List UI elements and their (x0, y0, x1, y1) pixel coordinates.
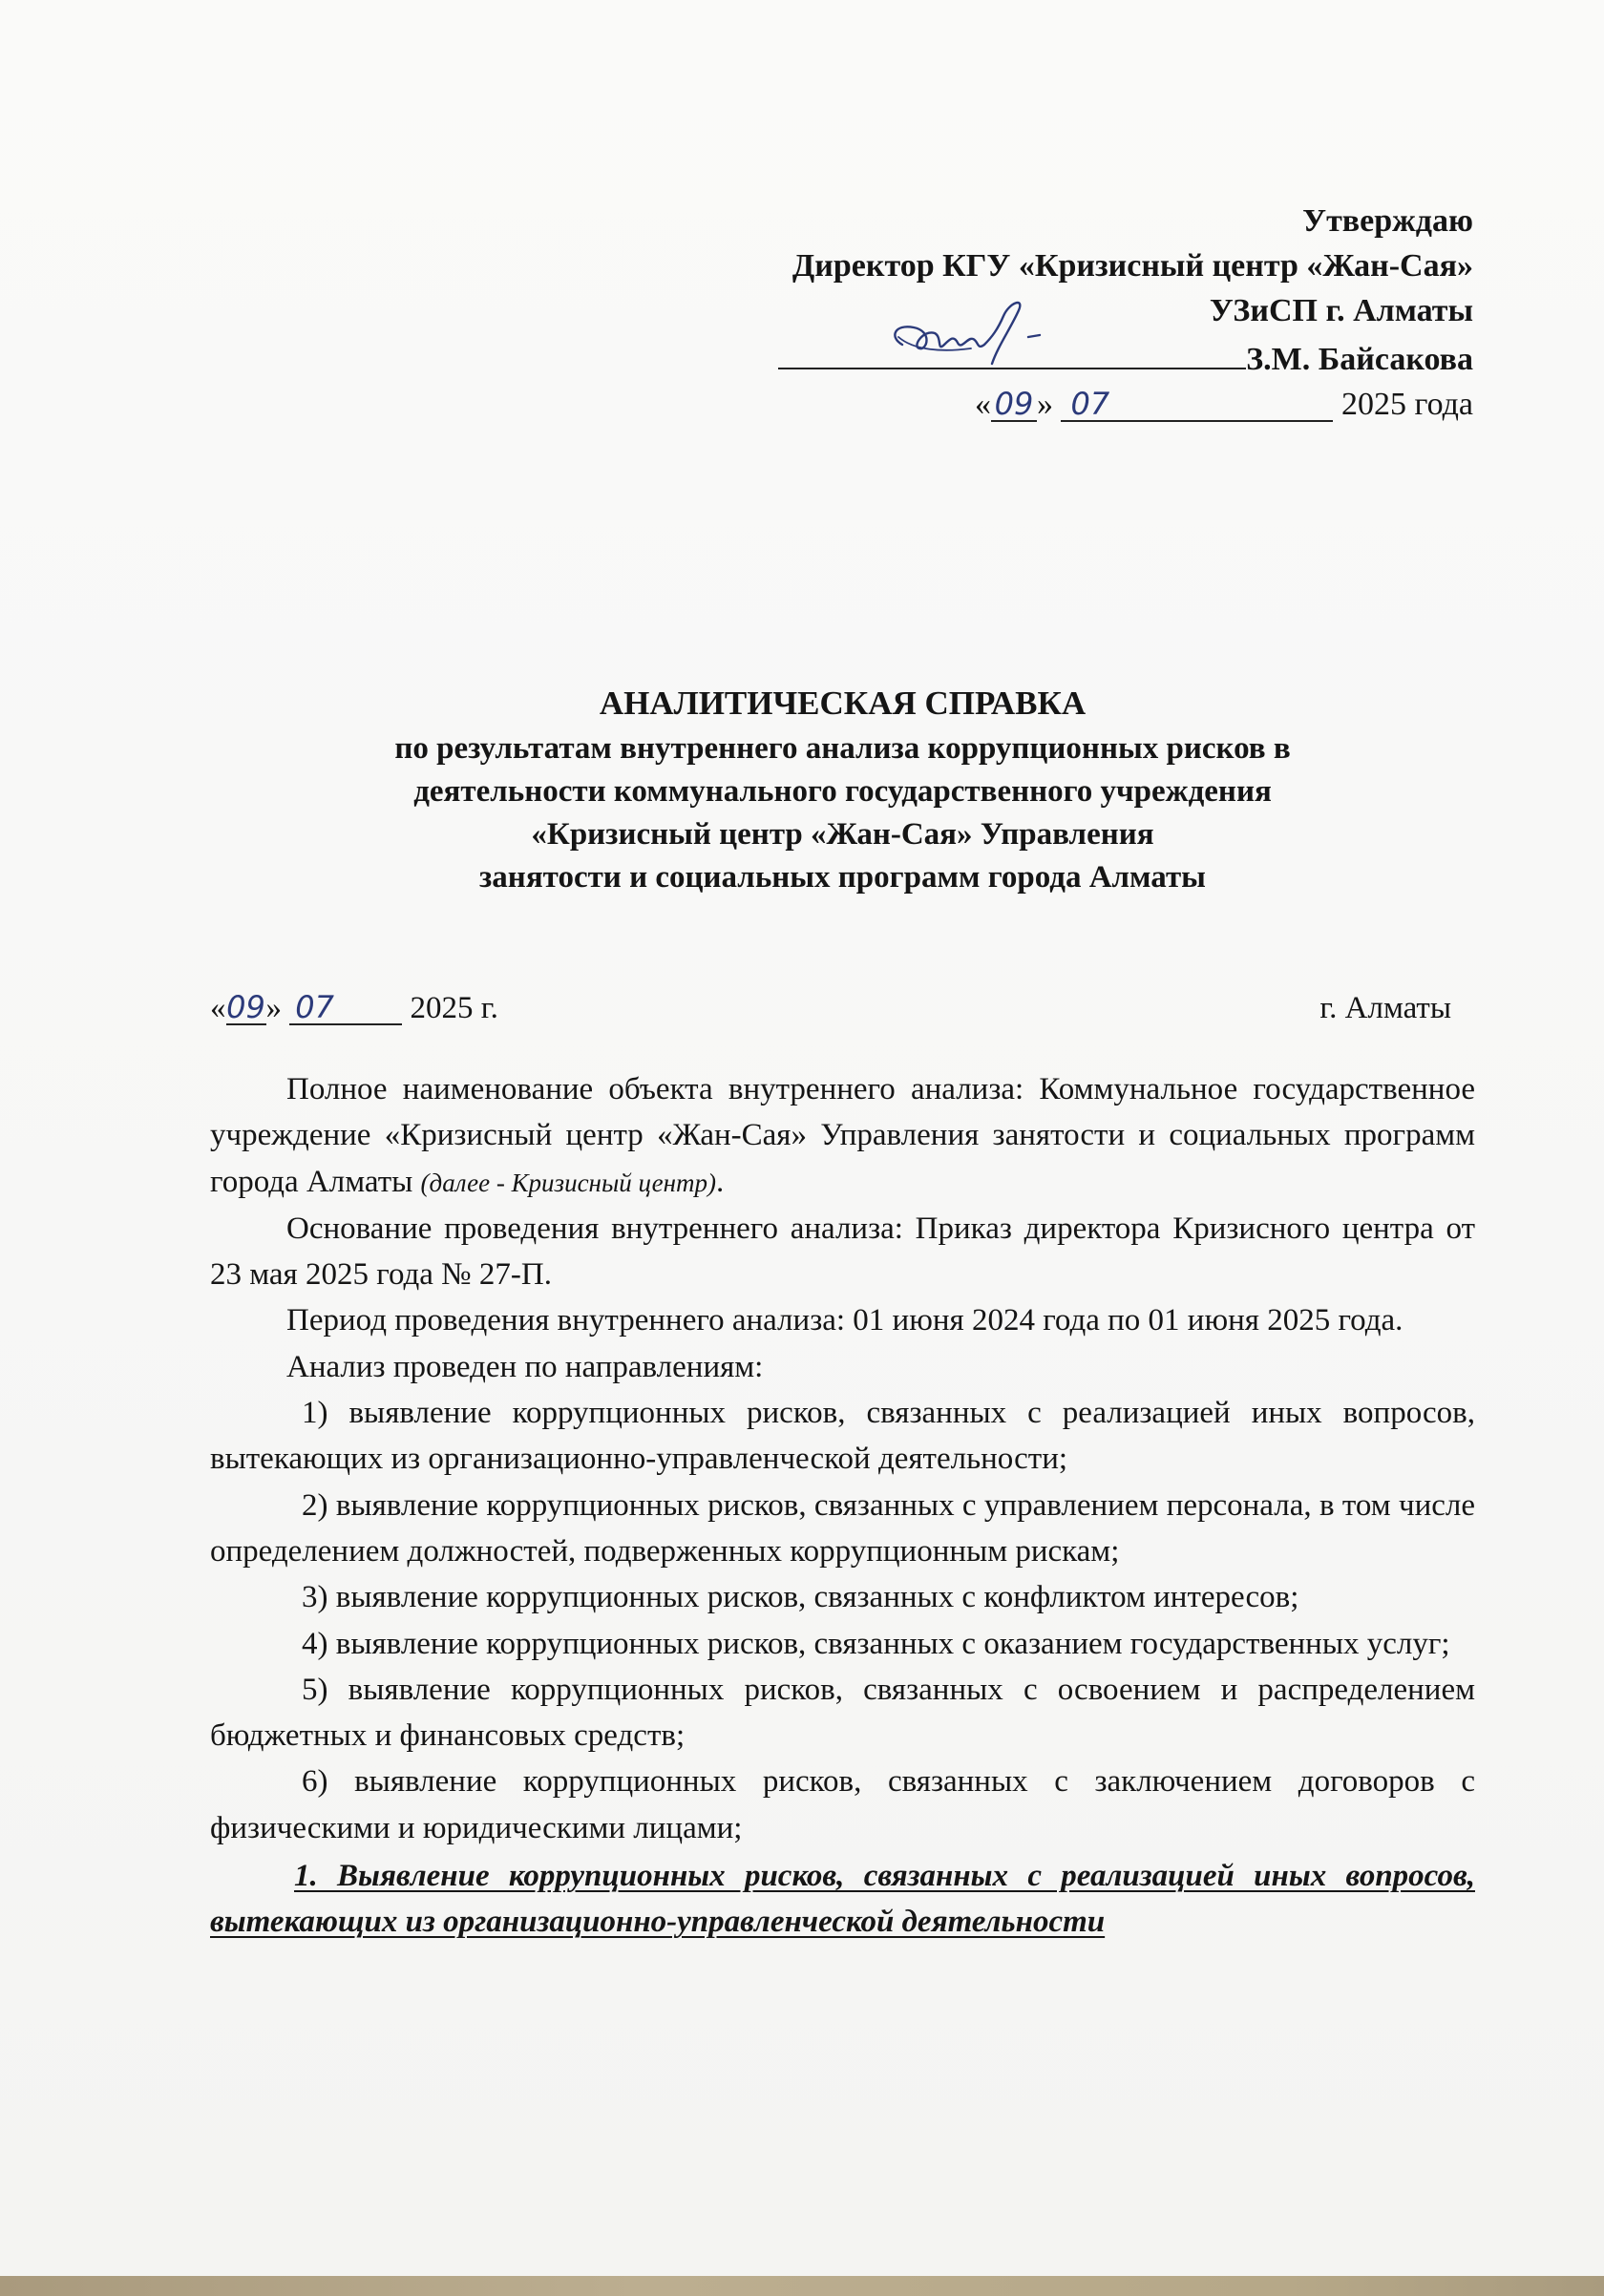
handwritten-signature-icon (885, 295, 1066, 371)
signature-field (778, 333, 1246, 369)
approval-date: «09» 07 2025 года (778, 382, 1473, 427)
title-sub-line: «Кризисный центр «Жан-Сая» Управления (210, 813, 1475, 856)
document-title: АНАЛИТИЧЕСКАЯ СПРАВКА по результатам вну… (210, 680, 1475, 899)
title-sub-line: деятельности коммунального государственн… (210, 770, 1475, 813)
approval-signature-line: З.М. Байсакова (778, 333, 1473, 382)
approval-date-month: 07 (1061, 388, 1333, 422)
basis-paragraph: Основание проведения внутреннего анализа… (210, 1206, 1475, 1298)
object-text: Полное наименование объекта внутреннего … (210, 1072, 1475, 1199)
approval-department: УЗиСП г. Алматы (778, 288, 1473, 333)
approval-block: Утверждаю Директор КГУ «Кризисный центр … (778, 199, 1473, 427)
quote-open: « (210, 991, 226, 1025)
object-paragraph: Полное наименование объекта внутреннего … (210, 1066, 1475, 1206)
title-sub-line: занятости и социальных программ города А… (210, 856, 1475, 899)
document-page: Утверждаю Директор КГУ «Кризисный центр … (0, 0, 1604, 2276)
approval-date-day: 09 (991, 388, 1037, 422)
title-sub-line: по результатам внутреннего анализа корру… (210, 727, 1475, 770)
object-end: . (716, 1165, 724, 1199)
object-abbreviation-note: (далее - Кризисный центр) (421, 1169, 716, 1197)
direction-item: 3) выявление коррупционных рисков, связа… (210, 1574, 1475, 1620)
document-body: Полное наименование объекта внутреннего … (210, 1066, 1475, 1946)
document-date-month: 07 (289, 991, 402, 1025)
approval-position: Директор КГУ «Кризисный центр «Жан-Сая» (778, 243, 1473, 288)
table-surface (0, 2276, 1604, 2296)
approval-date-year: 2025 года (1341, 387, 1473, 422)
document-date-year: 2025 г. (411, 991, 498, 1025)
document-date: «09» 07 2025 г. (210, 988, 498, 1028)
quote-open: « (975, 387, 991, 422)
quote-close: » (1037, 387, 1053, 422)
signatory-name: З.М. Байсакова (1246, 342, 1473, 377)
direction-item: 5) выявление коррупционных рисков, связа… (210, 1667, 1475, 1759)
approval-heading: Утверждаю (778, 199, 1473, 243)
document-place: г. Алматы (1319, 988, 1451, 1028)
direction-item: 4) выявление коррупционных рисков, связа… (210, 1621, 1475, 1667)
direction-item: 2) выявление коррупционных рисков, связа… (210, 1483, 1475, 1575)
directions-intro: Анализ проведен по направлениям: (210, 1344, 1475, 1390)
period-paragraph: Период проведения внутреннего анализа: 0… (210, 1297, 1475, 1343)
document-date-day: 09 (226, 991, 266, 1025)
direction-item: 6) выявление коррупционных рисков, связа… (210, 1759, 1475, 1851)
section-1-heading: 1. Выявление коррупционных рисков, связа… (210, 1853, 1475, 1946)
document-date-place-row: «09» 07 2025 г. г. Алматы (210, 988, 1451, 1028)
quote-close: » (266, 991, 283, 1025)
direction-item: 1) выявление коррупционных рисков, связа… (210, 1390, 1475, 1483)
title-main: АНАЛИТИЧЕСКАЯ СПРАВКА (210, 680, 1475, 727)
